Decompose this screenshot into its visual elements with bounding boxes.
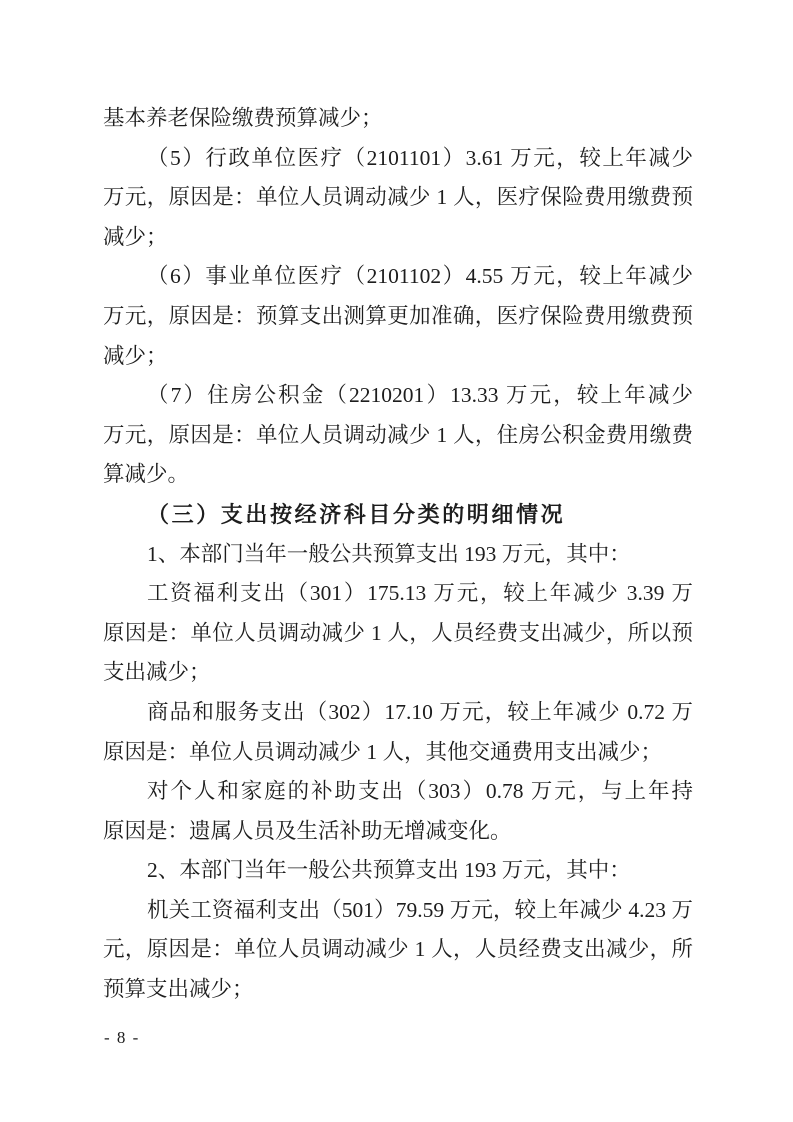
text-line: 万元，原因是：预算支出测算更加准确，医疗保险费用缴费预算 xyxy=(103,297,693,337)
text-line: 减少； xyxy=(103,337,693,377)
document-body: 基本养老保险缴费预算减少；（5）行政单位医疗（2101101）3.61 万元，较… xyxy=(103,99,693,1010)
section-heading: （三）支出按经济科目分类的明细情况 xyxy=(103,495,693,535)
text-line: 商品和服务支出（302）17.10 万元，较上年减少 0.72 万元， xyxy=(103,693,693,733)
text-line: 减少； xyxy=(103,218,693,258)
text-line: 工资福利支出（301）175.13 万元，较上年减少 3.39 万元， xyxy=(103,574,693,614)
text-line: 万元，原因是：单位人员调动减少 1 人，住房公积金费用缴费预 xyxy=(103,416,693,456)
text-line: （5）行政单位医疗（2101101）3.61 万元，较上年减少 0.67 xyxy=(103,139,693,179)
document-page: 基本养老保险缴费预算减少；（5）行政单位医疗（2101101）3.61 万元，较… xyxy=(0,0,793,1122)
text-line: 万元，原因是：单位人员调动减少 1 人，医疗保险费用缴费预算 xyxy=(103,178,693,218)
text-line: （6）事业单位医疗（2101102）4.55 万元，较上年减少 0.09 xyxy=(103,257,693,297)
text-line: 原因是：单位人员调动减少 1 人，其他交通费用支出减少； xyxy=(103,733,693,773)
text-line: 2、本部门当年一般公共预算支出 193 万元，其中： xyxy=(103,851,693,891)
text-line: 机关工资福利支出（501）79.59 万元，较上年减少 4.23 万 xyxy=(103,891,693,931)
page-number: - 8 - xyxy=(104,1028,140,1048)
text-line: 预算支出减少； xyxy=(103,970,693,1010)
text-line: 原因是：遗属人员及生活补助无增减变化。 xyxy=(103,812,693,852)
text-line: 基本养老保险缴费预算减少； xyxy=(103,99,693,139)
text-line: 算减少。 xyxy=(103,455,693,495)
text-line: 元，原因是：单位人员调动减少 1 人，人员经费支出减少，所以 xyxy=(103,930,693,970)
text-line: 支出减少； xyxy=(103,653,693,693)
text-line: （7）住房公积金（2210201）13.33 万元，较上年减少 2.20 xyxy=(103,376,693,416)
text-line: 原因是：单位人员调动减少 1 人，人员经费支出减少，所以预算 xyxy=(103,614,693,654)
text-line: 1、本部门当年一般公共预算支出 193 万元，其中： xyxy=(103,535,693,575)
text-line: 对个人和家庭的补助支出（303）0.78 万元，与上年持平， xyxy=(103,772,693,812)
